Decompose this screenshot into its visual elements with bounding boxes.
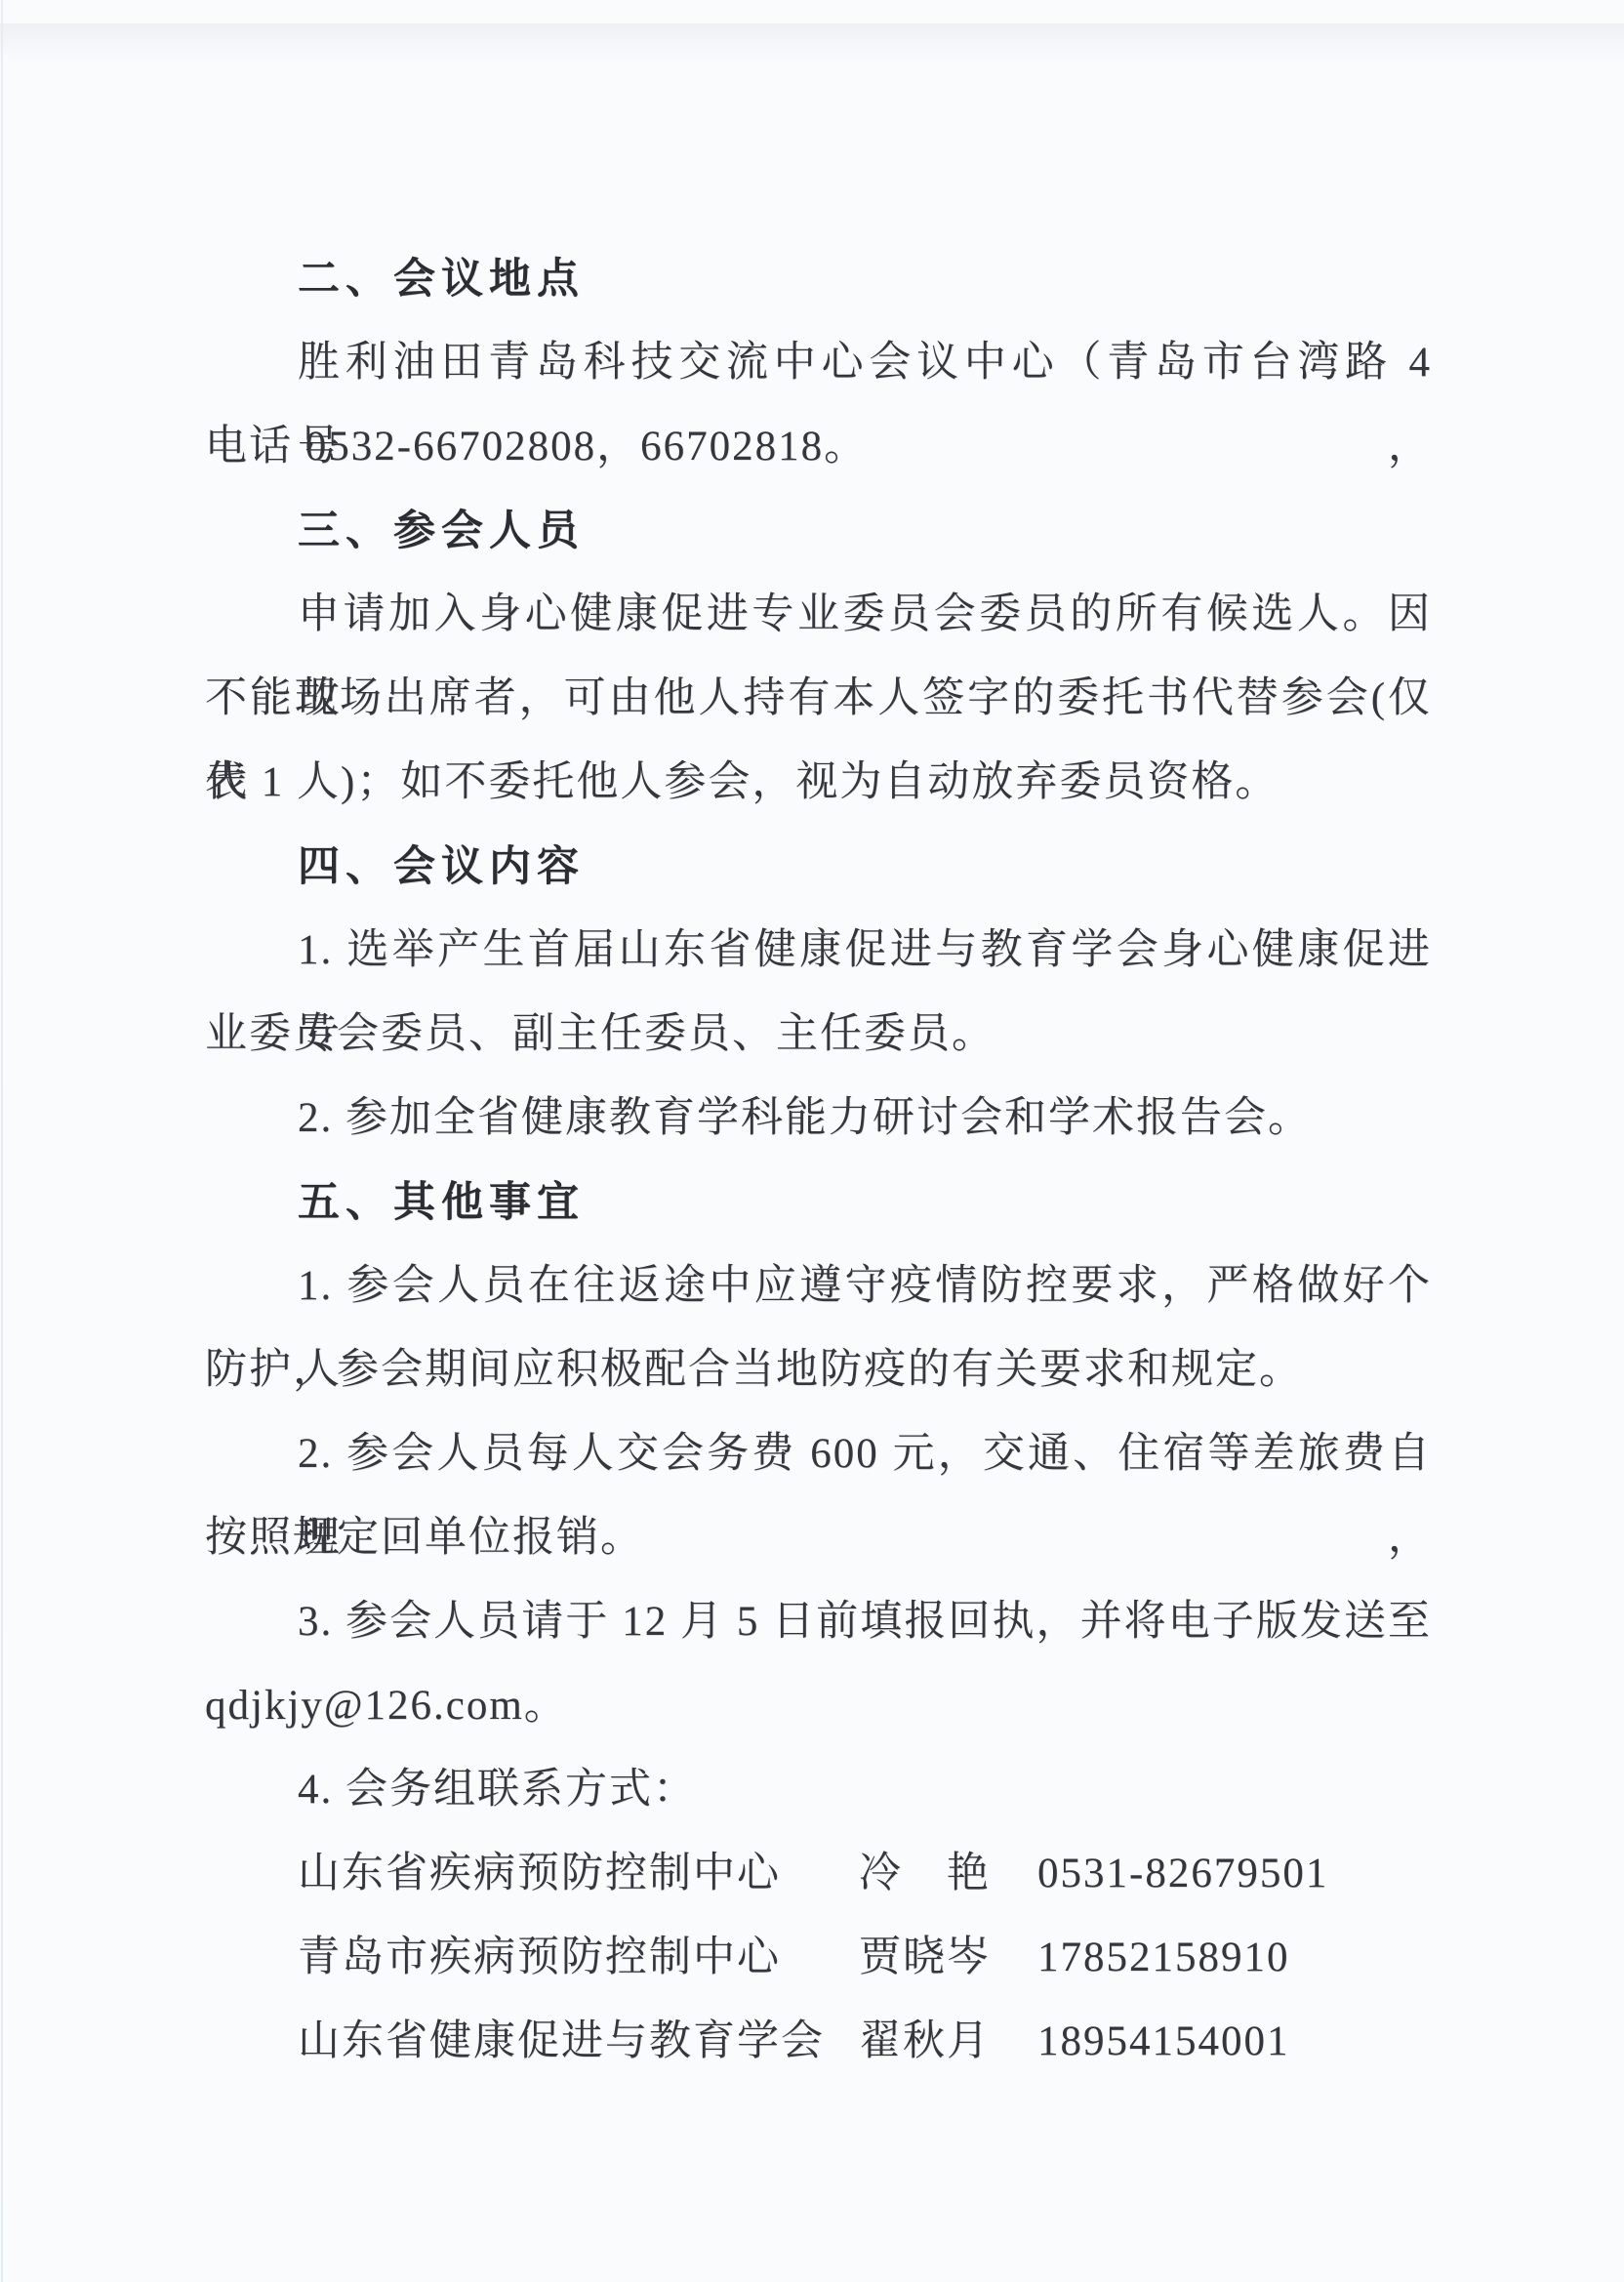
body-line-misc-5: 3. 参会人员请于 12 月 5 日前填报回执，并将电子版发送至 [205,1580,1432,1664]
contact-name: 翟秋月 [859,2000,1037,2084]
body-line-contact-intro: 4. 会务组联系方式： [205,1748,1432,1832]
body-line-misc-2: 防护，参会期间应积极配合当地防疫的有关要求和规定。 [205,1328,1432,1412]
body-line-venue-1: 胜利油田青岛科技交流中心会议中心（青岛市台湾路 4 号， [205,321,1432,405]
contact-row: 山东省健康促进与教育学会 翟秋月 18954154001 [205,2000,1432,2084]
body-line-agenda-2: 业委员会委员、副主任委员、主任委员。 [205,993,1432,1077]
section-heading-agenda: 四、会议内容 [205,825,1432,909]
contact-row: 山东省疾病预防控制中心 冷 艳 0531-82679501 [205,1832,1432,1916]
body-line-attendees-3: 表 1 人)；如不委托他人参会，视为自动放弃委员资格。 [205,741,1432,825]
scanned-document-page: { "page": { "background": "#fafbfd", "te… [0,0,1624,2282]
body-line-misc-1: 1. 参会人员在往返途中应遵守疫情防控要求，严格做好个人 [205,1244,1432,1328]
contact-row: 青岛市疾病预防控制中心 贾晓岑 17852158910 [205,1916,1432,2000]
section-heading-attendees: 三、参会人员 [205,489,1432,573]
contact-phone: 17852158910 [1037,1916,1432,2000]
body-line-attendees-2: 不能现场出席者，可由他人持有本人签字的委托书代替参会(仅代 [205,657,1432,741]
scan-left-edge-artifact [1,0,3,2282]
body-line-agenda-1: 1. 选举产生首届山东省健康促进与教育学会身心健康促进专 [205,909,1432,993]
scan-top-edge-artifact [0,23,1624,64]
contact-org: 山东省疾病预防控制中心 [298,1832,859,1916]
section-heading-venue: 二、会议地点 [205,237,1432,321]
section-heading-misc: 五、其他事宜 [205,1161,1432,1244]
contact-name: 冷 艳 [859,1832,1037,1916]
contact-phone: 0531-82679501 [1037,1832,1432,1916]
document-body: 二、会议地点 胜利油田青岛科技交流中心会议中心（青岛市台湾路 4 号， 电话 0… [205,237,1432,2084]
body-line-email: qdjkjy@126.com。 [205,1664,1432,1748]
body-line-attendees-1: 申请加入身心健康促进专业委员会委员的所有候选人。因故 [205,573,1432,657]
body-line-agenda-3: 2. 参加全省健康教育学科能力研讨会和学术报告会。 [205,1077,1432,1161]
contact-org: 山东省健康促进与教育学会 [298,2000,859,2084]
body-line-misc-3: 2. 参会人员每人交会务费 600 元，交通、住宿等差旅费自理， [205,1412,1432,1496]
contact-name: 贾晓岑 [859,1916,1037,2000]
contact-phone: 18954154001 [1037,2000,1432,2084]
contact-org: 青岛市疾病预防控制中心 [298,1916,859,2000]
